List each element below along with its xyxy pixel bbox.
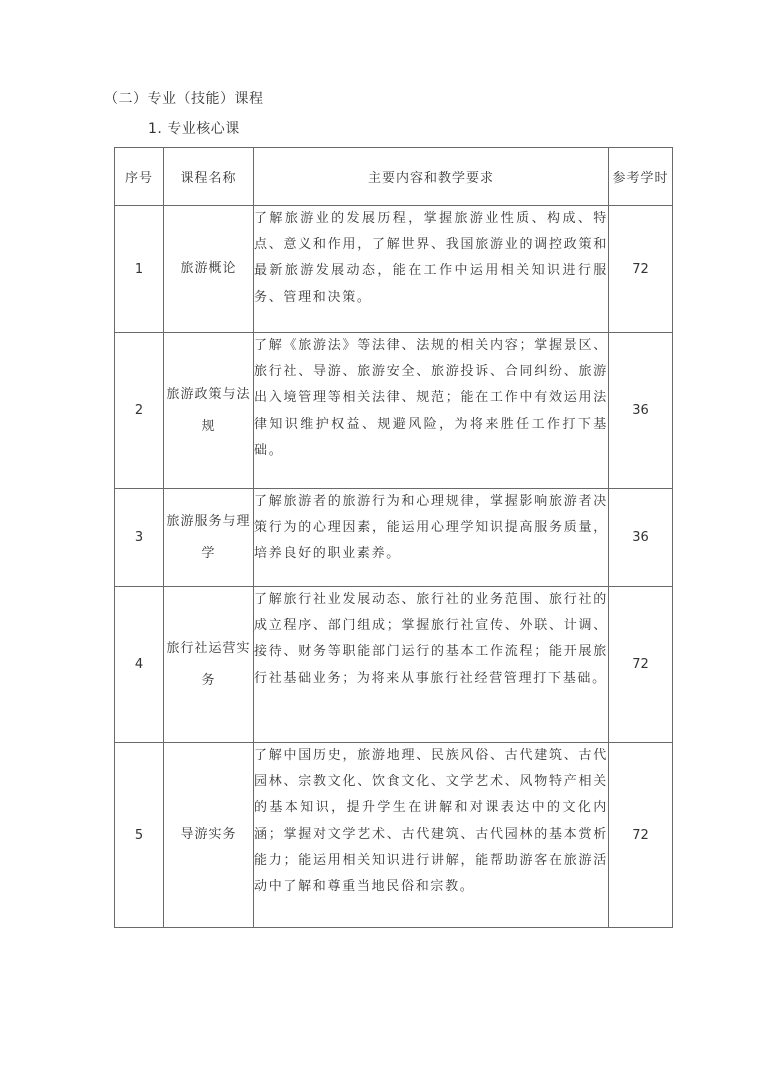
header-hours: 参考学时 (609, 148, 673, 206)
header-name: 课程名称 (164, 148, 254, 206)
table-header-row: 序号 课程名称 主要内容和教学要求 参考学时 (115, 148, 673, 206)
cell-name: 旅游政策与法规 (164, 333, 254, 489)
cell-no: 2 (115, 333, 164, 489)
course-table: 序号 课程名称 主要内容和教学要求 参考学时 1 旅游概论 了解旅游业的发展历程… (114, 147, 673, 928)
cell-hours: 36 (609, 489, 673, 587)
cell-no: 5 (115, 743, 164, 928)
cell-hours: 36 (609, 333, 673, 489)
section-heading: （二）专业（技能）课程 (104, 88, 264, 108)
header-no: 序号 (115, 148, 164, 206)
sub-heading: 1. 专业核心课 (148, 118, 240, 138)
cell-name: 旅行社运营实务 (164, 587, 254, 743)
cell-no: 1 (115, 206, 164, 333)
cell-name: 旅游服务与理学 (164, 489, 254, 587)
cell-content: 了解旅游业的发展历程，掌握旅游业性质、构成、特点、意义和作用，了解世界、我国旅游… (254, 206, 609, 333)
cell-no: 3 (115, 489, 164, 587)
cell-hours: 72 (609, 206, 673, 333)
cell-hours: 72 (609, 587, 673, 743)
table-row: 1 旅游概论 了解旅游业的发展历程，掌握旅游业性质、构成、特点、意义和作用，了解… (115, 206, 673, 333)
table-row: 5 导游实务 了解中国历史，旅游地理、民族风俗、古代建筑、古代园林、宗教文化、饮… (115, 743, 673, 928)
cell-content: 了解旅行社业发展动态、旅行社的业务范围、旅行社的成立程序、部门组成；掌握旅行社宣… (254, 587, 609, 743)
cell-name: 旅游概论 (164, 206, 254, 333)
cell-content: 了解旅游者的旅游行为和心理规律，掌握影响旅游者决策行为的心理因素，能运用心理学知… (254, 489, 609, 587)
table-row: 3 旅游服务与理学 了解旅游者的旅游行为和心理规律，掌握影响旅游者决策行为的心理… (115, 489, 673, 587)
cell-name: 导游实务 (164, 743, 254, 928)
cell-content: 了解中国历史，旅游地理、民族风俗、古代建筑、古代园林、宗教文化、饮食文化、文学艺… (254, 743, 609, 928)
table-row: 4 旅行社运营实务 了解旅行社业发展动态、旅行社的业务范围、旅行社的成立程序、部… (115, 587, 673, 743)
cell-content: 了解《旅游法》等法律、法规的相关内容；掌握景区、旅行社、导游、旅游安全、旅游投诉… (254, 333, 609, 489)
cell-no: 4 (115, 587, 164, 743)
cell-hours: 72 (609, 743, 673, 928)
header-content: 主要内容和教学要求 (254, 148, 609, 206)
table-row: 2 旅游政策与法规 了解《旅游法》等法律、法规的相关内容；掌握景区、旅行社、导游… (115, 333, 673, 489)
